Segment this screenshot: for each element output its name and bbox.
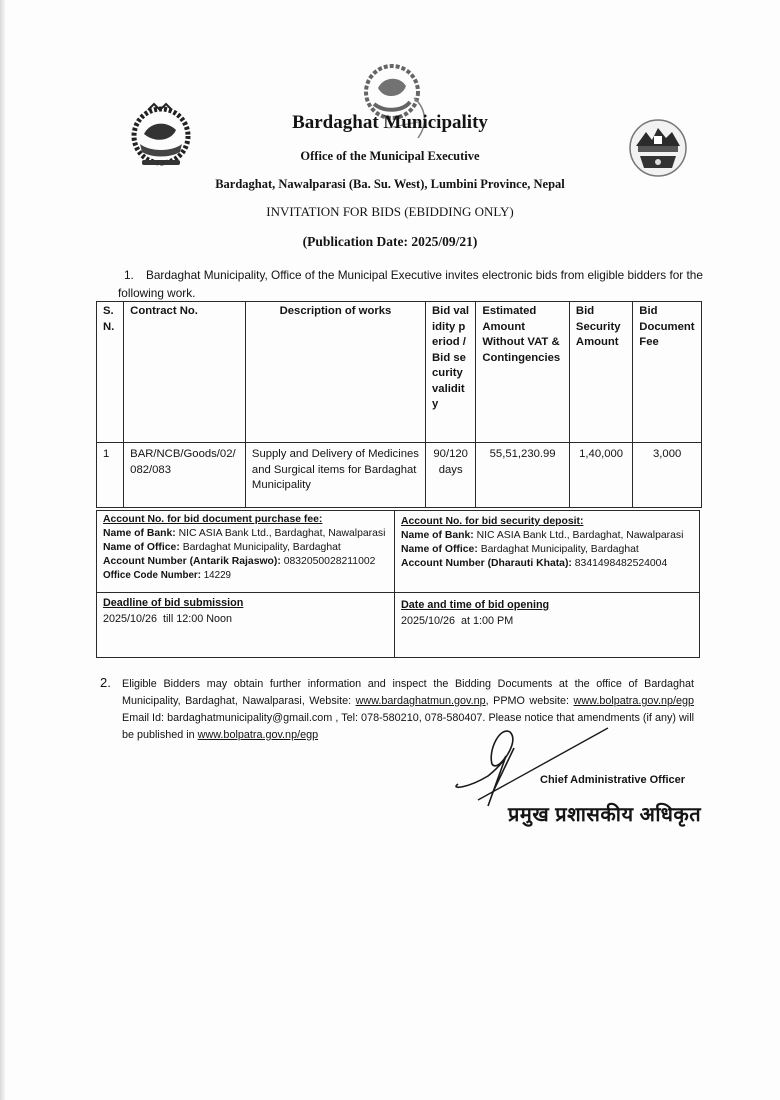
- cell-description: Supply and Delivery of Medicines and Sur…: [245, 443, 425, 508]
- page-edge-shadow: [0, 0, 6, 1100]
- publication-date: (Publication Date: 2025/09/21): [0, 234, 780, 250]
- table-row: 1 BAR/NCB/Goods/02/082/083 Supply and De…: [97, 443, 702, 508]
- intro-number: 1.: [118, 266, 146, 284]
- security-deposit-heading: Account No. for bid security deposit:: [401, 515, 697, 529]
- header-estimated-amount: Estimated Amount Without VAT & Contingen…: [476, 302, 570, 443]
- cell-estimated-amount: 55,51,230.99: [476, 443, 570, 508]
- header-bid-security: Bid Security Amount: [569, 302, 632, 443]
- cell-sn: 1: [97, 443, 124, 508]
- intro-paragraph: 1.Bardaghat Municipality, Office of the …: [118, 266, 703, 302]
- divider-horizontal: [97, 592, 699, 593]
- bank-value: NIC ASIA Bank Ltd., Bardaghat, Nawalpara…: [179, 528, 386, 539]
- header-description: Description of works: [245, 302, 425, 443]
- bank-label: Name of Bank:: [401, 530, 474, 541]
- office-address: Bardaghat, Nawalparasi (Ba. Su. West), L…: [0, 177, 780, 192]
- table-header-row: S. N. Contract No. Description of works …: [97, 302, 702, 443]
- opening-value: 2025/10/26 at 1:00 PM: [401, 613, 697, 629]
- office-value: Bardaghat Municipality, Bardaghat: [183, 542, 341, 553]
- office-subtitle: Office of the Municipal Executive: [0, 149, 780, 164]
- organization-title: Bardaghat Municipality: [0, 112, 780, 134]
- submission-deadline: Deadline of bid submission 2025/10/26 ti…: [103, 595, 393, 627]
- cell-contract-no: BAR/NCB/Goods/02/082/083: [124, 443, 246, 508]
- office-label: Name of Office:: [103, 542, 180, 553]
- office-code-label: Office Code Number:: [103, 570, 201, 581]
- header-contract-no: Contract No.: [124, 302, 246, 443]
- header-document-fee: Bid Document Fee: [633, 302, 702, 443]
- municipality-website-link[interactable]: www.bardaghatmun.gov.np: [356, 695, 486, 707]
- office-value: Bardaghat Municipality, Bardaghat: [481, 544, 639, 555]
- cell-validity: 90/120 days: [426, 443, 476, 508]
- para2-text-2: , PPMO website:: [486, 695, 574, 707]
- cell-bid-security: 1,40,000: [569, 443, 632, 508]
- bank-label: Name of Bank:: [103, 528, 176, 539]
- accounts-box: Account No. for bid document purchase fe…: [96, 510, 700, 658]
- account-value: 8341498482524004: [575, 558, 667, 569]
- account-label: Account Number (Dharauti Khata):: [401, 558, 572, 569]
- office-seal-stamp: [348, 58, 448, 148]
- amendments-link[interactable]: www.bolpatra.gov.np/egp: [198, 729, 318, 741]
- header-validity: Bid validity period / Bid security valid…: [426, 302, 476, 443]
- intro-text: Bardaghat Municipality, Office of the Mu…: [118, 268, 703, 300]
- office-code-value: 14229: [204, 570, 231, 581]
- deadline-value: 2025/10/26 till 12:00 Noon: [103, 611, 393, 627]
- ppmo-website-link[interactable]: www.bolpatra.gov.np/egp: [574, 695, 694, 707]
- bank-value: NIC ASIA Bank Ltd., Bardaghat, Nawalpara…: [477, 530, 684, 541]
- opening-heading: Date and time of bid opening: [401, 597, 697, 613]
- security-deposit-account: Account No. for bid security deposit: Na…: [401, 515, 697, 571]
- deadline-heading: Deadline of bid submission: [103, 595, 393, 611]
- header-sn: S. N.: [97, 302, 124, 443]
- office-label: Name of Office:: [401, 544, 478, 555]
- account-value: 0832050028211002: [284, 556, 376, 567]
- signatory-title: Chief Administrative Officer: [540, 774, 685, 786]
- bids-table: S. N. Contract No. Description of works …: [96, 301, 702, 508]
- account-label: Account Number (Antarik Rajaswo):: [103, 556, 281, 567]
- signatory-title-nepali: प्रमुख प्रशासकीय अधिकृत: [508, 800, 701, 827]
- para2-number: 2.: [100, 674, 111, 691]
- divider-vertical: [394, 511, 395, 657]
- bid-opening: Date and time of bid opening 2025/10/26 …: [401, 597, 697, 629]
- cell-document-fee: 3,000: [633, 443, 702, 508]
- document-fee-heading: Account No. for bid document purchase fe…: [103, 513, 393, 527]
- notice-title: INVITATION FOR BIDS (EBIDDING ONLY): [0, 204, 780, 220]
- document-fee-account: Account No. for bid document purchase fe…: [103, 513, 393, 583]
